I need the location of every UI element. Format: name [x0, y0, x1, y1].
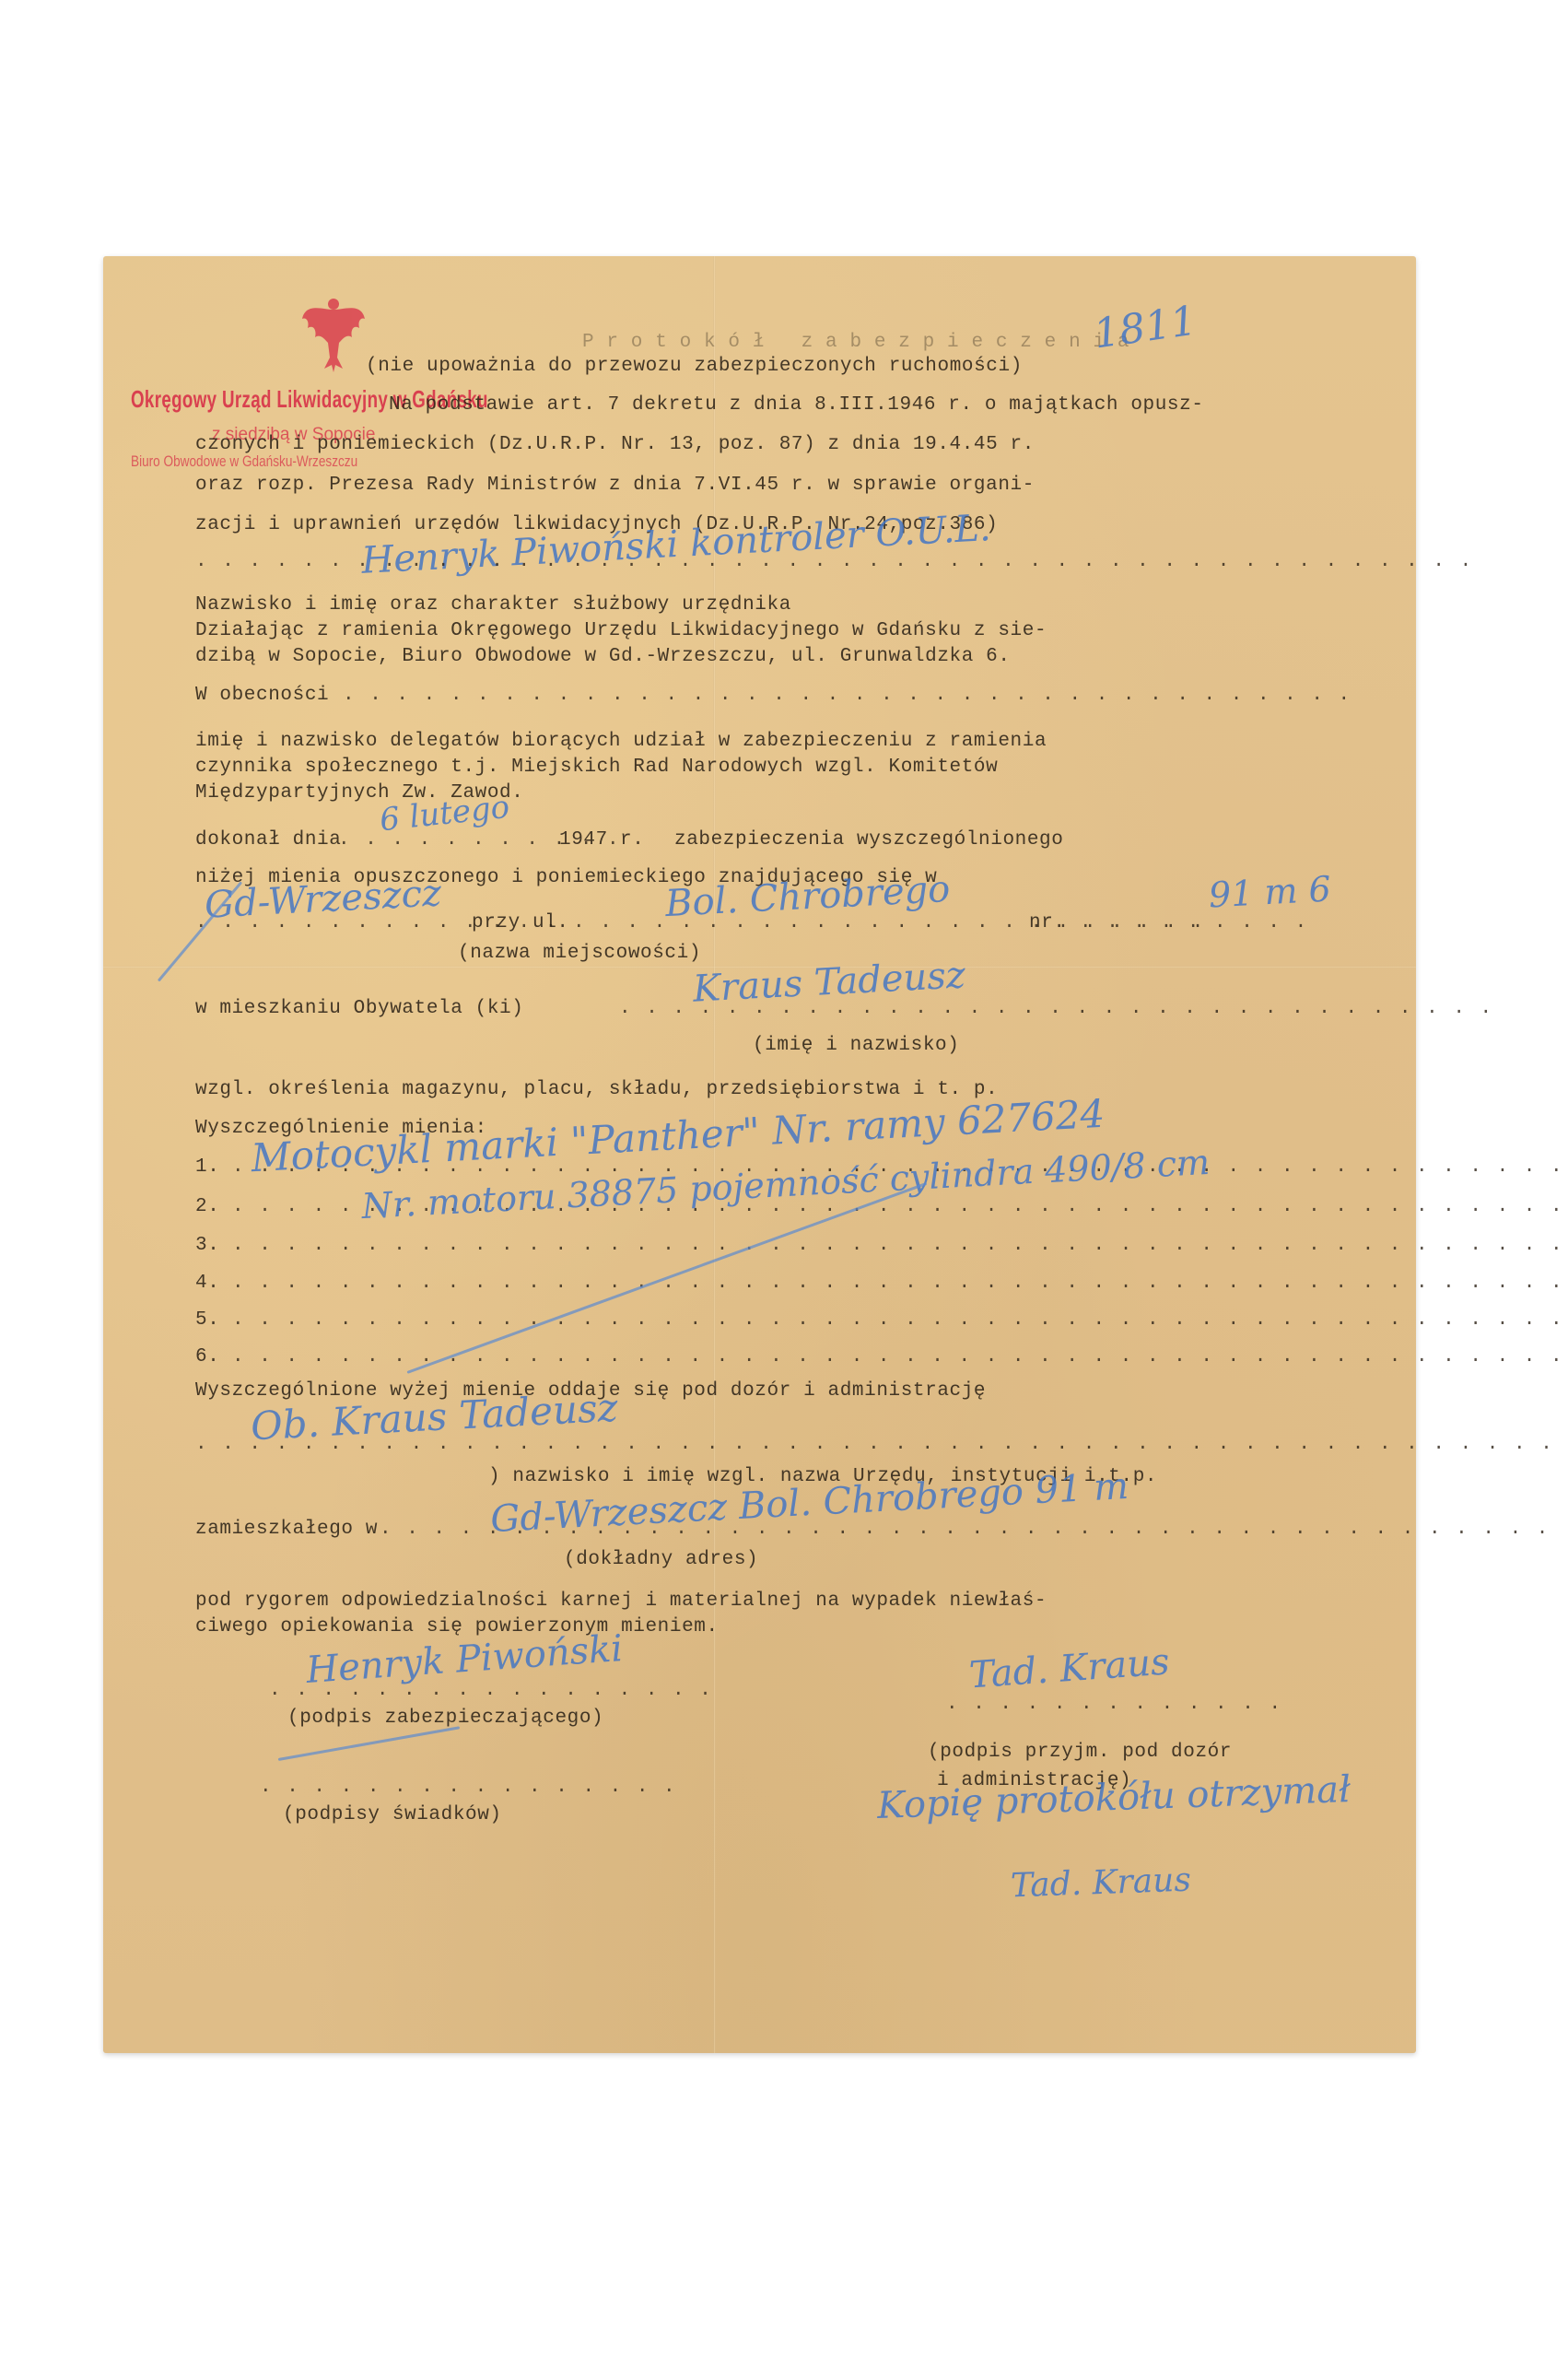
acting-line-2: dzibą w Sopocie, Biuro Obwodowe w Gd.-Wr…	[195, 646, 1011, 667]
case-number: 1811	[1091, 297, 1199, 358]
header-note: (nie upoważnia do przewozu zabezpieczony…	[366, 356, 1023, 377]
citizen-dotted-line: . . . . . . . . . . . . . . . . . . . . …	[619, 998, 1493, 1019]
recipient-signature: Tad. Kraus	[968, 1640, 1171, 1696]
presence-dotted-line: . . . . . . . . . . . . . . . . . . . . …	[343, 685, 1352, 706]
number-label: nr.	[1029, 912, 1066, 933]
item-dotted-line: . . . . . . . . . . . . . . . . . . . . …	[232, 1235, 1568, 1256]
date-prefix: dokonał dnia	[195, 829, 341, 851]
item-dotted-line: . . . . . . . . . . . . . . . . . . . . …	[232, 1309, 1568, 1331]
item-number: 3.	[195, 1235, 219, 1256]
alternative-location-label: wzgl. określenia magazynu, placu, składu…	[195, 1079, 998, 1100]
residence-label: zamieszkałego w	[195, 1519, 378, 1540]
polish-eagle-icon	[297, 293, 370, 376]
securer-caption: (podpis zabezpieczającego)	[287, 1708, 603, 1729]
custodian-dotted-line: . . . . . . . . . . . . . . . . . . . . …	[195, 1434, 1568, 1455]
stamp-branch: Biuro Obwodowe w Gdańsku-Wrzeszczu	[131, 452, 357, 471]
document-title: P r o t o k ó ł z a b e z p i e c z e n …	[582, 332, 1129, 353]
preamble-line-1: Na podstawie art. 7 dekretu z dnia 8.III…	[389, 394, 1204, 416]
address-caption: (dokładny adres)	[564, 1549, 758, 1570]
number-handwritten: 91 m 6	[1208, 869, 1332, 916]
street-label: przy ul.	[472, 912, 569, 933]
ink-stroke	[278, 1726, 460, 1761]
item-number: 6.	[195, 1346, 219, 1367]
document-paper: Okręgowy Urząd Likwidacyjny w Gdańsku z …	[103, 256, 1416, 2053]
item-dotted-line: . . . . . . . . . . . . . . . . . . . . …	[232, 1273, 1568, 1294]
securer-dotted-line: . . . . . . . . . . . . . . . . .	[269, 1680, 713, 1701]
date-suffix: zabezpieczenia wyszczególnionego	[674, 829, 1063, 851]
address-dotted-line: . . . . . . . . . . . . . . . . . . . . …	[380, 1519, 1568, 1540]
item-number: 4.	[195, 1273, 219, 1294]
official-dotted-line: . . . . . . . . . . . . . . . . . . . . …	[195, 551, 1473, 572]
witnesses-dotted-line: . . . . . . . . . . . . . . . .	[260, 1777, 677, 1798]
liability-line-1: pod rygorem odpowiedzialności karnej i m…	[195, 1590, 1047, 1612]
delegates-line-1: imię i nazwisko delegatów biorących udzi…	[195, 731, 1047, 752]
item-number: 2.	[195, 1196, 219, 1217]
item-number: 1.	[195, 1156, 219, 1178]
recipient-caption-1: (podpis przyjm. pod dozór	[928, 1742, 1232, 1763]
official-label: Nazwisko i imię oraz charakter służbowy …	[195, 594, 791, 616]
witnesses-caption: (podpisy świadków)	[283, 1804, 502, 1825]
delegates-line-2: czynnika społecznego t.j. Miejskich Rad …	[195, 757, 998, 778]
citizen-caption: (imię i nazwisko)	[753, 1035, 959, 1056]
liability-line-2: ciwego opiekowania się powierzonym mieni…	[195, 1616, 719, 1637]
copy-signature: Tad. Kraus	[1010, 1861, 1191, 1906]
recipient-dotted-line: . . . . . . . . . . . . .	[946, 1694, 1282, 1715]
place-caption: (nazwa miejscowości)	[458, 943, 701, 964]
item-number: 5.	[195, 1309, 219, 1331]
apartment-label: w mieszkaniu Obywatela (ki)	[195, 998, 523, 1019]
date-year: 1947 r.	[559, 829, 644, 851]
acting-line-1: Działając z ramienia Okręgowego Urzędu L…	[195, 620, 1047, 641]
preamble-line-3: oraz rozp. Prezesa Rady Ministrów z dnia…	[195, 475, 1035, 496]
number-dotted-line: . . . . . . . . .	[1080, 912, 1308, 933]
presence-label: W obecności	[195, 685, 329, 706]
preamble-line-2: czonych i poniemieckich (Dz.U.R.P. Nr. 1…	[195, 434, 1035, 455]
